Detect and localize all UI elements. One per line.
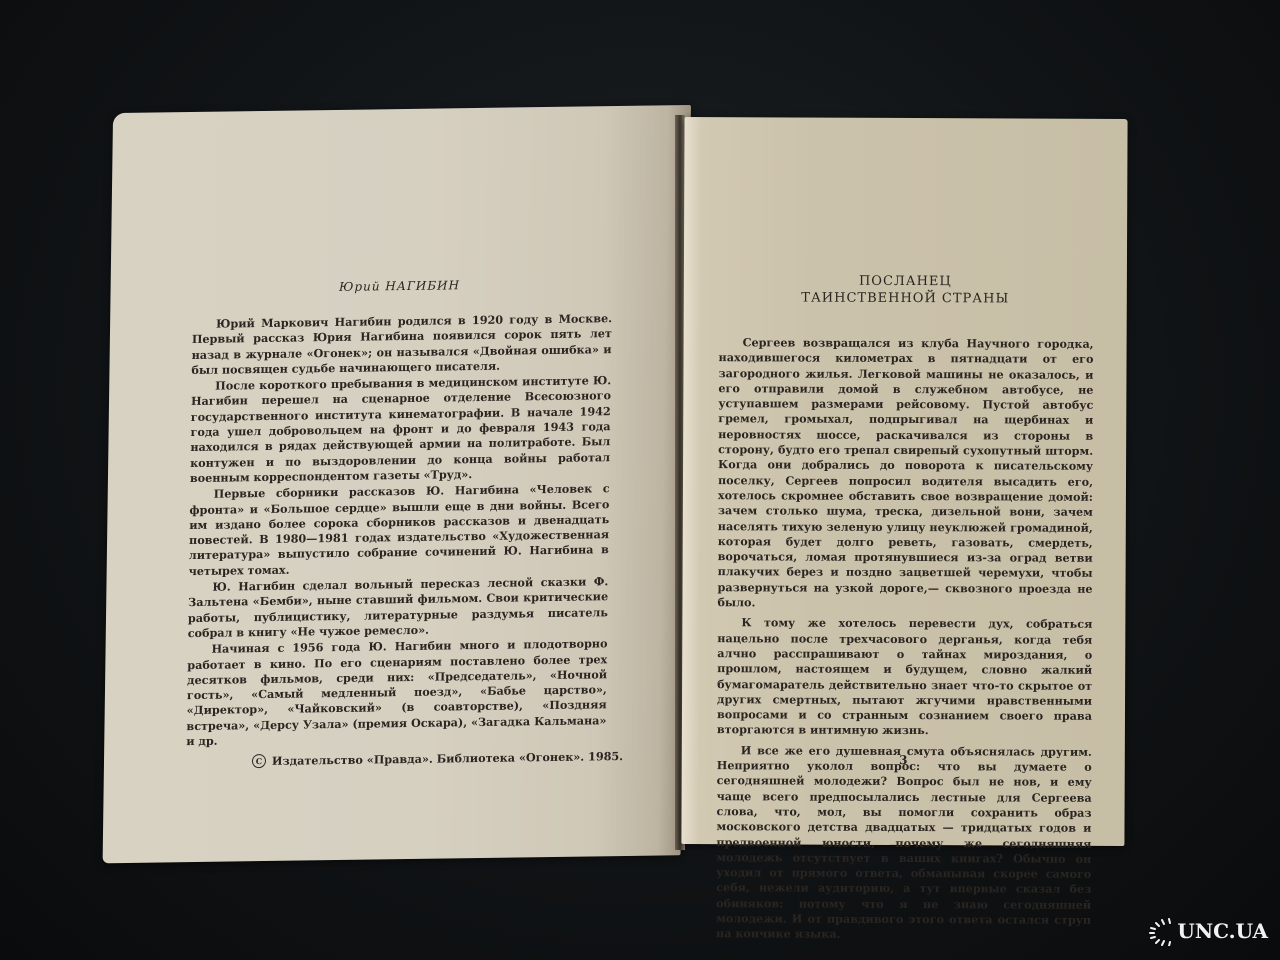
story-title-line-2: ТАИНСТВЕННОЙ СТРАНЫ [684,289,1127,308]
author-heading: Юрий НАГИБИН [110,275,688,297]
story-paragraph: Сергеев возвращался из клуба Научного го… [717,335,1093,612]
bio-paragraph: Начиная с 1956 года Ю. Нагибин много и п… [186,636,607,749]
page-number: 3 [682,752,1125,768]
story-paragraph: И все же его душевная смута объяснялась … [716,743,1092,943]
author-biography: Юрий Маркович Нагибин родился в 1920 год… [186,311,612,750]
story-paragraph: К тому же хотелось перевести дух, собрат… [717,616,1093,740]
copyright-line: CИздательство «Правда». Библиотека «Огон… [252,749,623,768]
bio-paragraph: После короткого пребывания в медицинском… [190,373,611,486]
story-text: Сергеев возвращался из клуба Научного го… [716,335,1094,948]
copyright-icon: C [252,754,266,768]
right-page: ПОСЛАНЕЦ ТАИНСТВЕННОЙ СТРАНЫ Сергеев воз… [681,117,1127,846]
story-title-line-1: ПОСЛАНЕЦ [684,272,1127,291]
bio-paragraph: Юрий Маркович Нагибин родился в 1920 год… [191,311,612,378]
watermark: UNC.UA [1147,916,1268,946]
left-page: Юрий НАГИБИН Юрий Маркович Нагибин родил… [103,105,691,863]
copyright-text: Издательство «Правда». Библиотека «Огоне… [272,749,623,768]
bio-paragraph: Первые сборники рассказов Ю. Нагибина «Ч… [189,481,610,579]
sunburst-icon [1147,916,1173,946]
bio-paragraph: Ю. Нагибин сделал вольный пересказ лесно… [188,574,609,641]
story-title: ПОСЛАНЕЦ ТАИНСТВЕННОЙ СТРАНЫ [684,272,1127,308]
watermark-text: UNC.UA [1177,919,1268,943]
